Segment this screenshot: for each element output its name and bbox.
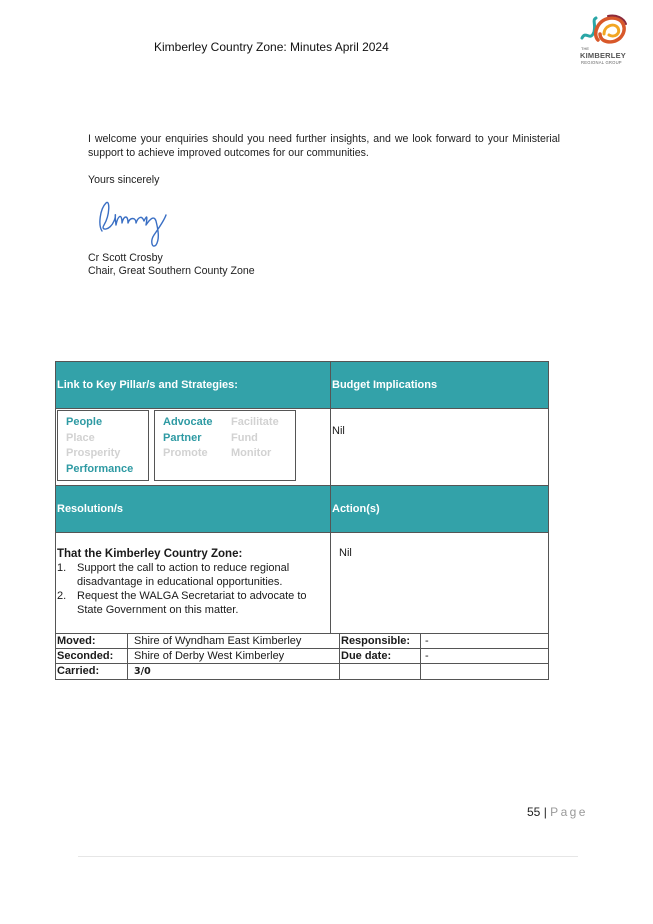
document-header-title: Kimberley Country Zone: Minutes April 20… <box>154 40 389 54</box>
strategy-fund: Fund <box>231 431 291 447</box>
budget-heading: Budget Implications <box>331 362 548 408</box>
letter-body: I welcome your enquiries should you need… <box>88 133 560 160</box>
page-number-value: 55 <box>527 805 540 819</box>
resolution-header-row: Resolution/s Action(s) <box>56 486 548 533</box>
carried-row: Carried: 3/0 <box>56 664 548 679</box>
pillars-cell: People Place Prosperity Performance Advo… <box>56 409 331 485</box>
moved-row: Moved: Shire of Wyndham East Kimberley R… <box>56 634 548 649</box>
seconded-label: Seconded: <box>56 649 128 663</box>
empty-cell <box>421 664 548 679</box>
strategy-facilitate: Facilitate <box>231 415 291 431</box>
resolution-heading: Resolution/s <box>56 486 331 532</box>
signer-role: Chair, Great Southern County Zone <box>88 265 255 277</box>
responsible-label: Responsible: <box>340 634 421 648</box>
signature-icon <box>90 195 180 250</box>
carried-label: Carried: <box>56 664 128 679</box>
due-date-value: - <box>421 649 548 663</box>
seconded-value: Shire of Derby West Kimberley <box>128 649 340 663</box>
logo-name-text: KIMBERLEY <box>580 51 626 60</box>
resolution-cell: That the Kimberley Country Zone: 1. Supp… <box>56 533 331 633</box>
strategies-box: Advocate Facilitate Partner Fund Promote… <box>154 410 296 481</box>
resolution-item: 2. Request the WALGA Secretariat to advo… <box>57 589 330 617</box>
pillars-heading: Link to Key Pillar/s and Strategies: <box>56 362 331 408</box>
page-number: 55 | Page <box>527 805 588 819</box>
moved-value: Shire of Wyndham East Kimberley <box>128 634 340 648</box>
action-heading: Action(s) <box>331 486 548 532</box>
due-date-label: Due date: <box>340 649 421 663</box>
key-pillars-box: People Place Prosperity Performance <box>57 410 149 481</box>
signer-name: Cr Scott Crosby <box>88 252 163 264</box>
letter-paragraph: I welcome your enquiries should you need… <box>88 133 560 160</box>
page-separator: | <box>544 805 547 819</box>
resolution-item-number: 2. <box>57 589 77 617</box>
page-word: Page <box>550 805 588 819</box>
resolution-table: Link to Key Pillar/s and Strategies: Bud… <box>55 361 549 680</box>
resolution-row: That the Kimberley Country Zone: 1. Supp… <box>56 533 548 634</box>
resolution-title: That the Kimberley Country Zone: <box>57 547 330 561</box>
strategy-advocate: Advocate <box>163 415 231 431</box>
budget-value: Nil <box>331 409 548 485</box>
pillar-people: People <box>66 415 148 431</box>
resolution-item-text: Support the call to action to reduce reg… <box>77 561 330 589</box>
letter-closing: Yours sincerely <box>88 174 159 186</box>
carried-value: 3/0 <box>134 666 151 677</box>
kimberley-regional-group-logo: THE KIMBERLEY REGIONAL GROUP <box>578 12 634 70</box>
pillars-row: People Place Prosperity Performance Advo… <box>56 409 548 486</box>
seconded-row: Seconded: Shire of Derby West Kimberley … <box>56 649 548 664</box>
footer-divider <box>78 856 578 857</box>
pillar-place: Place <box>66 431 148 447</box>
resolution-item-text: Request the WALGA Secretariat to advocat… <box>77 589 330 617</box>
logo-subtitle-text: REGIONAL GROUP <box>581 60 622 65</box>
responsible-value: - <box>421 634 548 648</box>
strategy-monitor: Monitor <box>231 446 291 462</box>
resolution-item: 1. Support the call to action to reduce … <box>57 561 330 589</box>
action-value: Nil <box>331 533 548 633</box>
strategy-promote: Promote <box>163 446 231 462</box>
empty-cell <box>340 664 421 679</box>
resolution-item-number: 1. <box>57 561 77 589</box>
strategy-partner: Partner <box>163 431 231 447</box>
pillar-prosperity: Prosperity <box>66 446 148 462</box>
moved-label: Moved: <box>56 634 128 648</box>
pillar-performance: Performance <box>66 462 148 478</box>
kimberley-swirl-logo-icon <box>578 12 634 48</box>
table-header-row: Link to Key Pillar/s and Strategies: Bud… <box>56 362 548 409</box>
